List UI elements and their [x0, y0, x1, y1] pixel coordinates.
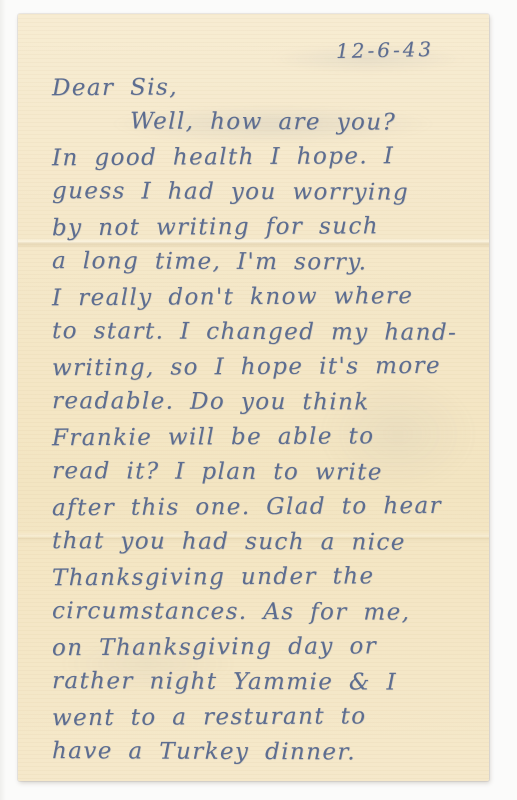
- letter-line: by not writing for such: [52, 209, 467, 247]
- letter-line: I really don't know where: [52, 279, 467, 317]
- letter-line: Frankie will be able to: [52, 419, 467, 457]
- salutation: Dear Sis,: [52, 69, 467, 107]
- letter-line: Thanksgiving under the: [52, 559, 467, 597]
- letter-line: read it? I plan to write: [52, 454, 467, 491]
- letter-line: on Thanksgiving day or: [52, 629, 467, 667]
- scanned-letter-canvas: 12-6-43 Dear Sis, Well, how are you? In …: [0, 0, 517, 800]
- letter-line: to start. I changed my hand-: [52, 314, 467, 351]
- letter-line: after this one. Glad to hear: [52, 489, 467, 527]
- letter-line: a long time, I'm sorry.: [52, 244, 467, 281]
- letter-line: rather night Yammie & I: [52, 664, 467, 701]
- letter-line: guess I had you worrying: [52, 174, 467, 211]
- letter-line: went to a resturant to: [52, 699, 467, 737]
- letter-line: have a Turkey dinner.: [52, 734, 467, 771]
- letter-paper: 12-6-43 Dear Sis, Well, how are you? In …: [18, 14, 489, 781]
- letter-line: In good health I hope. I: [52, 139, 467, 177]
- letter-line: that you had such a nice: [52, 524, 467, 561]
- letter-body: Dear Sis, Well, how are you? In good hea…: [52, 70, 467, 770]
- letter-date: 12-6-43: [336, 37, 435, 63]
- letter-line: writing, so I hope it's more: [52, 349, 467, 387]
- letter-line: circumstances. As for me,: [52, 594, 467, 631]
- letter-line: Well, how are you?: [52, 104, 467, 141]
- letter-line: readable. Do you think: [52, 384, 467, 421]
